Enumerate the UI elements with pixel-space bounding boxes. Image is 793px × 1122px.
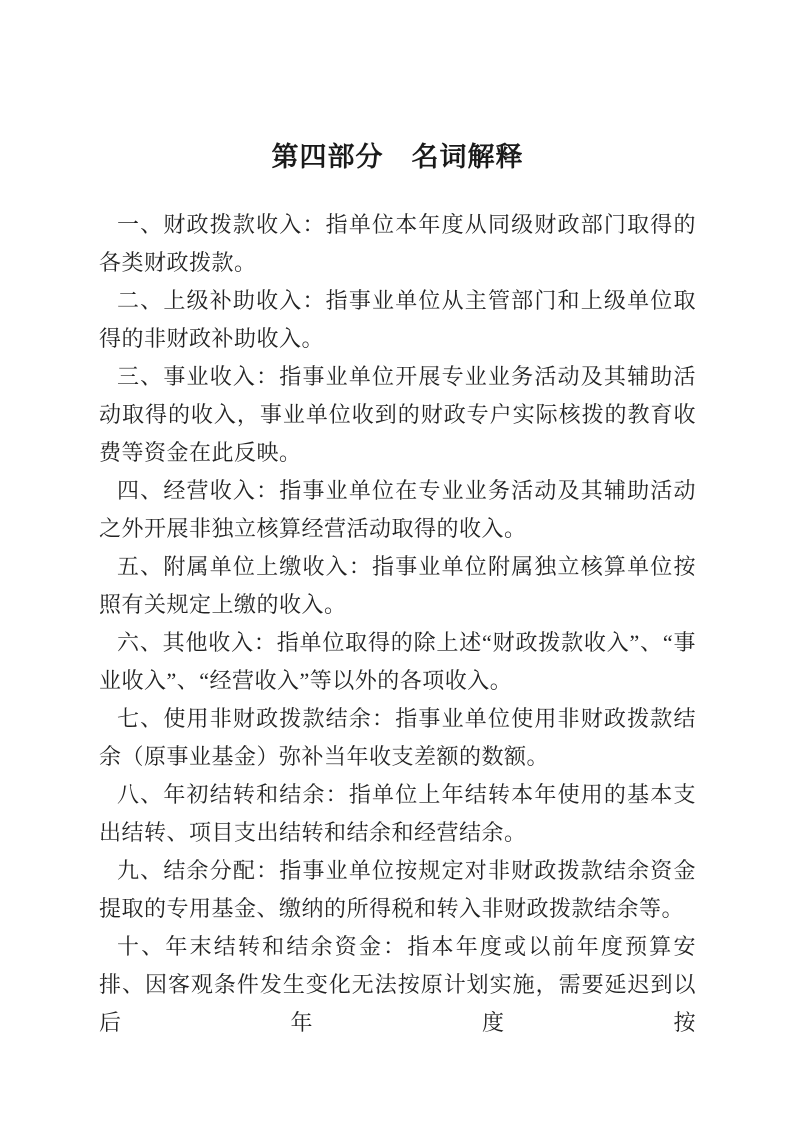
glossary-paragraph-1: 一、财政拨款收入：指单位本年度从同级财政部门取得的各类财政拨款。 [99,206,696,282]
glossary-paragraph-2: 二、上级补助收入：指事业单位从主管部门和上级单位取得的非财政补助收入。 [99,282,696,358]
document-content: 第四部分 名词解释 一、财政拨款收入：指单位本年度从同级财政部门取得的各类财政拨… [99,138,696,1042]
glossary-paragraph-6: 六、其他收入：指单位取得的除上述“财政拨款收入”、“事业收入”、“经营收入”等以… [99,624,696,700]
glossary-body: 一、财政拨款收入：指单位本年度从同级财政部门取得的各类财政拨款。 二、上级补助收… [99,206,696,1042]
glossary-paragraph-3: 三、事业收入：指事业单位开展专业业务活动及其辅助活动取得的收入，事业单位收到的财… [99,358,696,472]
glossary-paragraph-9: 九、结余分配：指事业单位按规定对非财政拨款结余资金提取的专用基金、缴纳的所得税和… [99,852,696,928]
glossary-paragraph-5: 五、附属单位上缴收入：指事业单位附属独立核算单位按照有关规定上缴的收入。 [99,548,696,624]
document-page: 第四部分 名词解释 一、财政拨款收入：指单位本年度从同级财政部门取得的各类财政拨… [0,0,793,1122]
glossary-paragraph-7: 七、使用非财政拨款结余：指事业单位使用非财政拨款结余（原事业基金）弥补当年收支差… [99,700,696,776]
page-title: 第四部分 名词解释 [99,138,696,176]
glossary-paragraph-4: 四、经营收入：指事业单位在专业业务活动及其辅助活动之外开展非独立核算经营活动取得… [99,472,696,548]
glossary-paragraph-10: 十、年末结转和结余资金：指本年度或以前年度预算安排、因客观条件发生变化无法按原计… [99,928,696,1042]
glossary-paragraph-8: 八、年初结转和结余：指单位上年结转本年使用的基本支出结转、项目支出结转和结余和经… [99,776,696,852]
